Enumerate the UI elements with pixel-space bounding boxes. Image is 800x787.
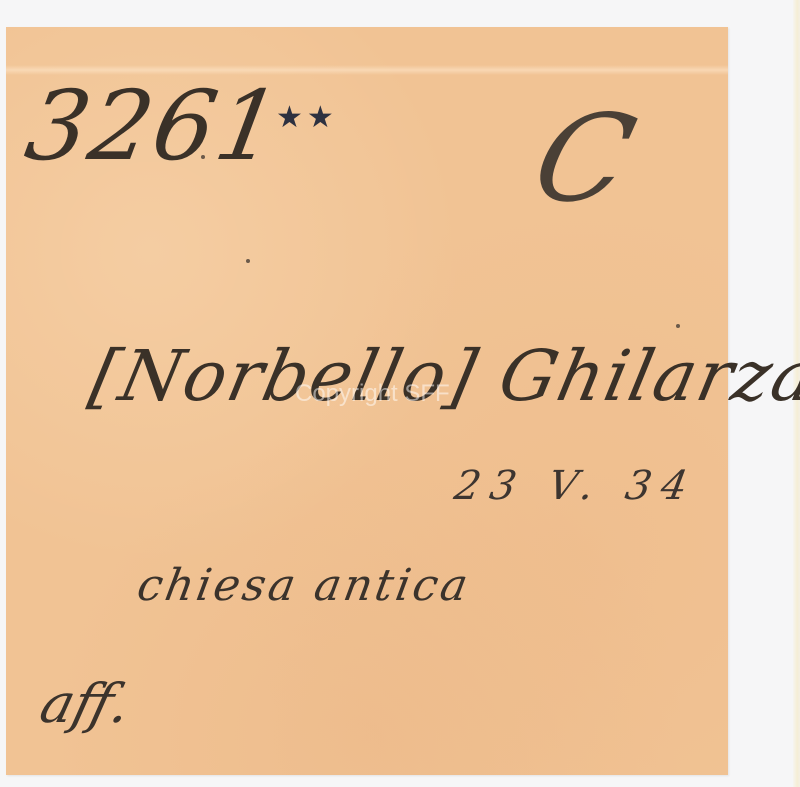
catalog-number: 3261 — [18, 70, 290, 182]
scan-background: 3261 ★★ C [Norbello] Ghilarza 23 V. 34 c… — [0, 0, 800, 787]
collection-date: 23 V. 34 — [451, 463, 701, 509]
description: chiesa antica — [134, 560, 475, 611]
collector-initials: aff. — [34, 672, 137, 735]
paper-speck — [246, 259, 250, 263]
catalog-stars: ★★ — [276, 100, 338, 135]
paper-speck — [676, 324, 680, 328]
locality: [Norbello] Ghilarza — [83, 335, 800, 417]
